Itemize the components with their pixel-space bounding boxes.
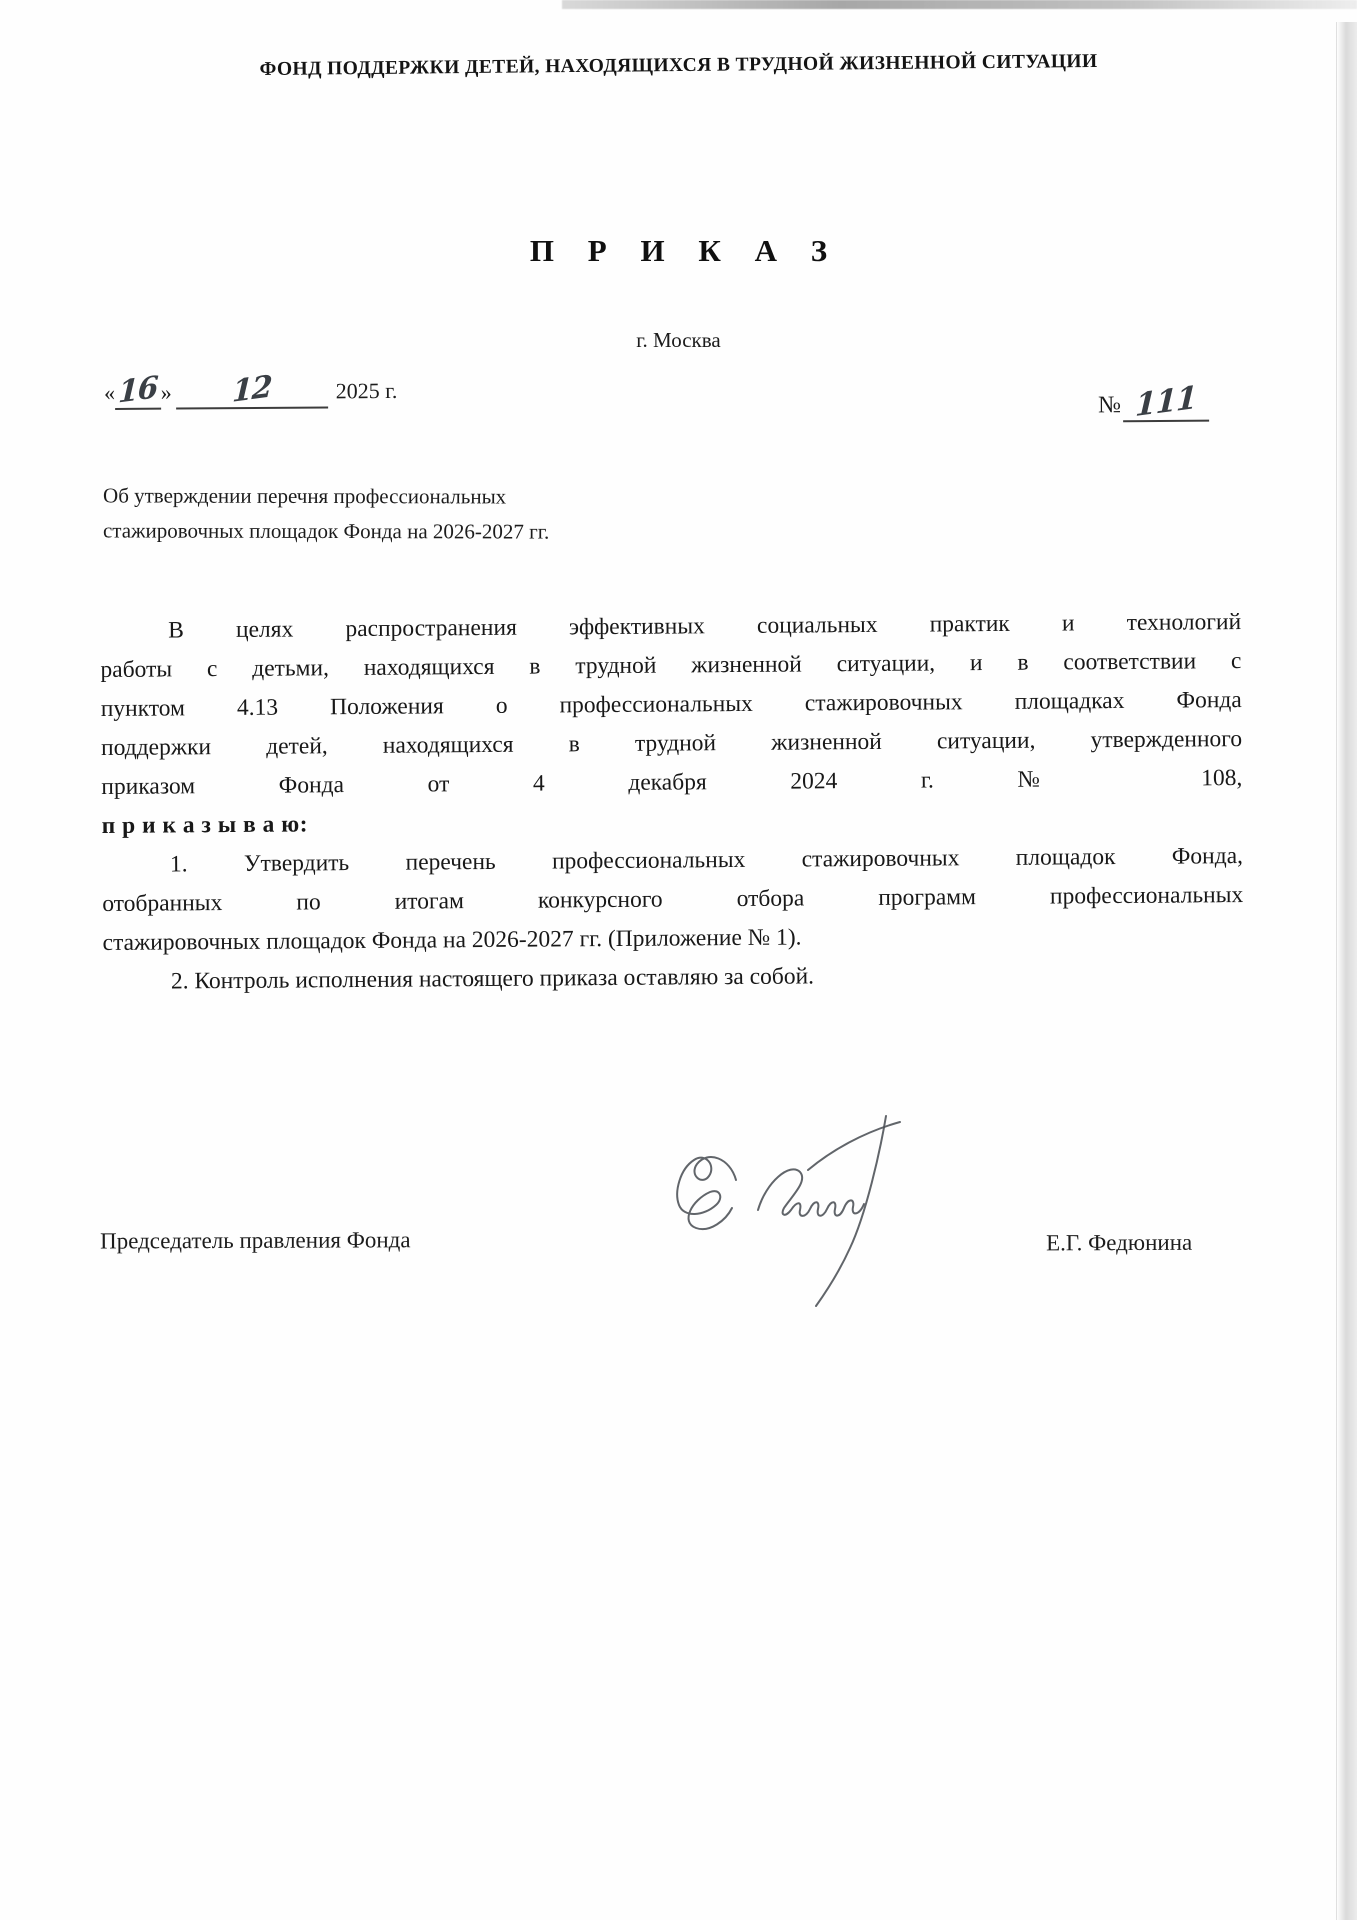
order-title: П Р И К А З — [0, 233, 1357, 269]
signer-position-label: Председатель правления Фонда — [100, 1227, 411, 1254]
organization-header: ФОНД ПОДДЕРЖКИ ДЕТЕЙ, НАХОДЯЩИХСЯ В ТРУД… — [70, 49, 1287, 83]
date-day-underline: 16 — [115, 373, 161, 410]
order-number-underline: 111 — [1123, 384, 1209, 423]
date-close-quote: » — [161, 380, 172, 405]
order-body: В целях распространения эффективных соци… — [100, 603, 1244, 1002]
signature-image — [650, 1092, 970, 1342]
body-line-item-2: 2. Контроль исполнения настоящего приказ… — [103, 954, 1244, 1002]
scanned-order-document: ФОНД ПОДДЕРЖКИ ДЕТЕЙ, НАХОДЯЩИХСЯ В ТРУД… — [0, 0, 1357, 1920]
date-line: «16»122025 г. — [104, 371, 398, 410]
date-open-quote: « — [104, 380, 115, 405]
scan-artifact-top-bar — [562, 0, 1357, 9]
order-number-label: № — [1098, 392, 1121, 418]
handwritten-day: 16 — [117, 370, 158, 411]
order-number: №111 — [1098, 384, 1209, 423]
order-subject: Об утверждении перечня профессиональных … — [103, 478, 549, 549]
handwritten-order-number: 111 — [1134, 380, 1197, 424]
date-year: 2025 г. — [336, 378, 398, 403]
handwritten-month: 12 — [231, 369, 272, 410]
signer-name: Е.Г. Федюнина — [1046, 1230, 1192, 1257]
date-month-underline: 12 — [176, 371, 328, 409]
scan-artifact-right-edge — [1336, 22, 1357, 1920]
subject-line-1: Об утверждении перечня профессиональных — [103, 478, 549, 514]
subject-line-2: стажировочных площадок Фонда на 2026-202… — [103, 513, 549, 549]
city-label: г. Москва — [0, 328, 1357, 353]
